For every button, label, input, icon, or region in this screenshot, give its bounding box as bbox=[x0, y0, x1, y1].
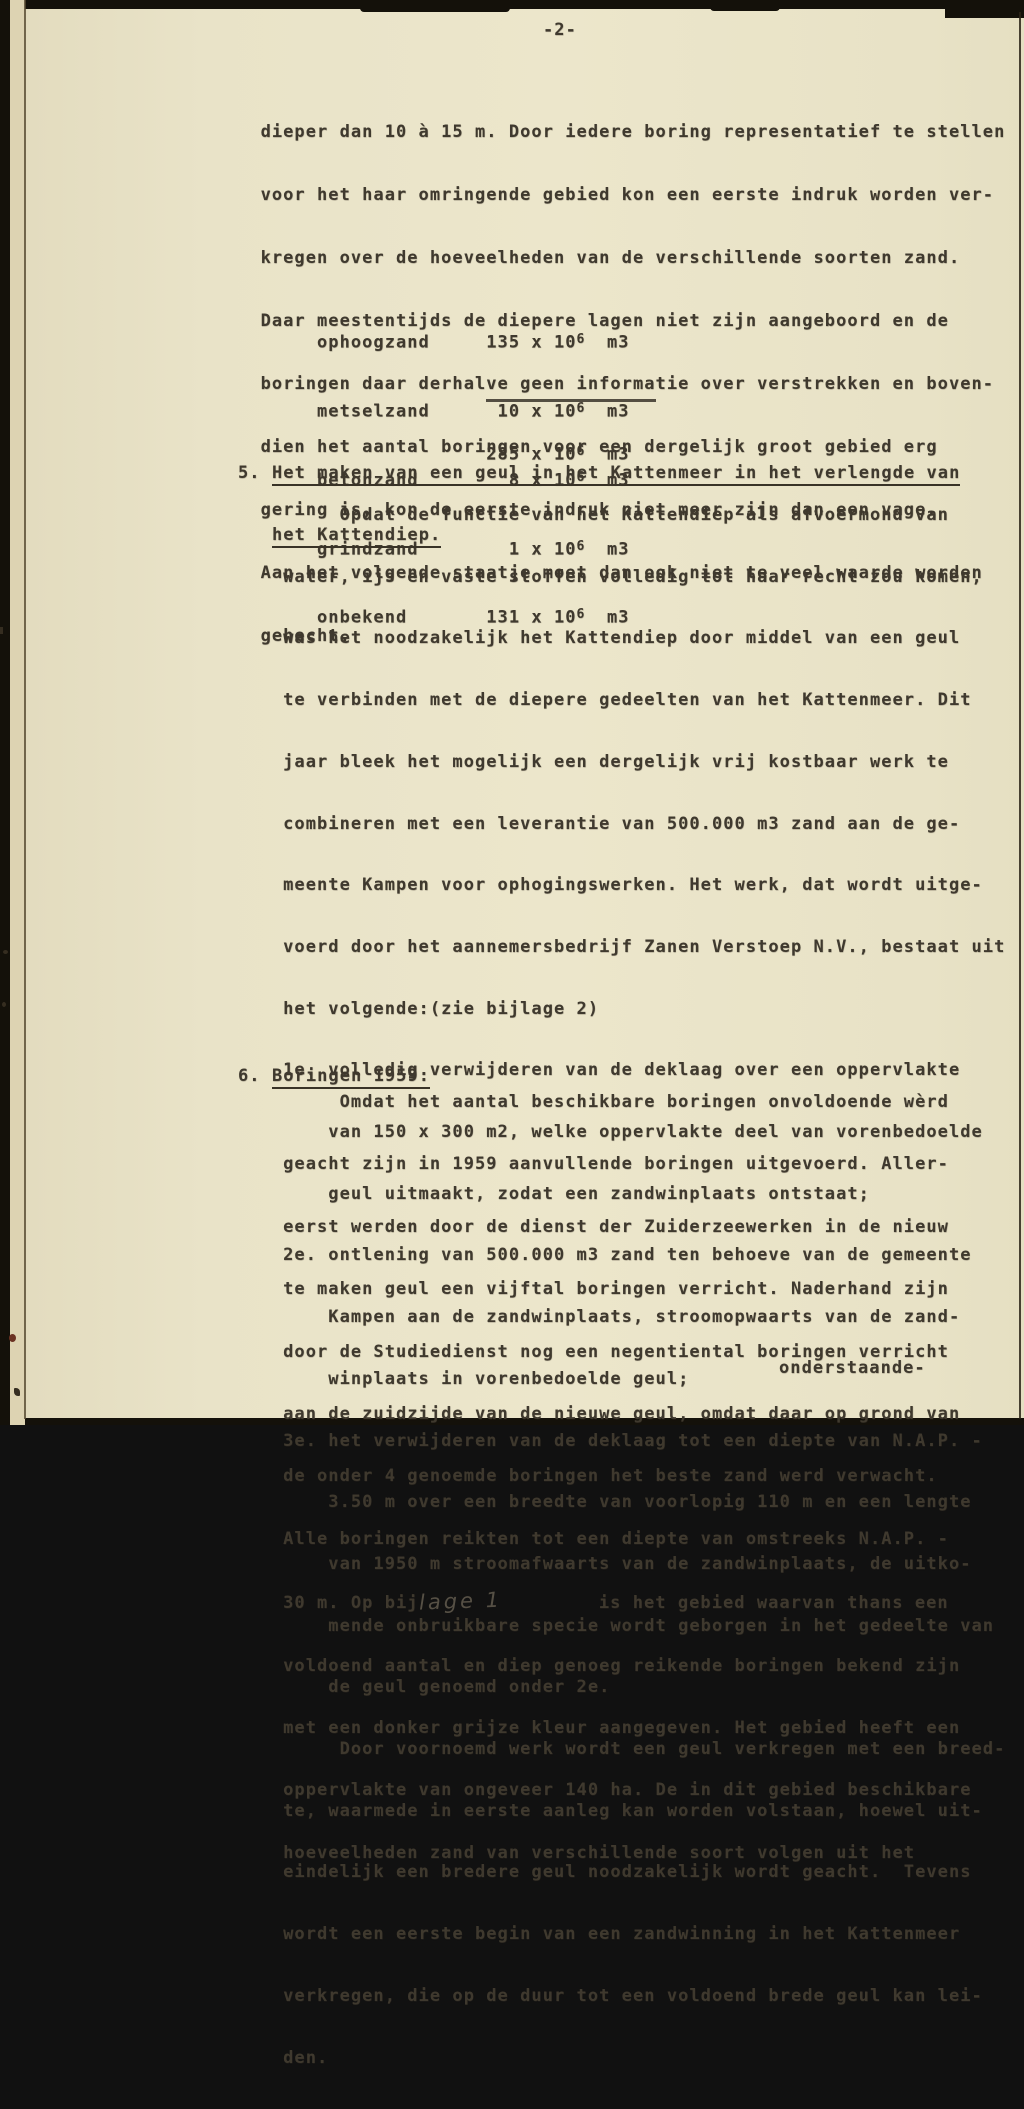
row-unit: m3 bbox=[584, 333, 629, 353]
text-line: het volgende:(zie bijlage 2) bbox=[238, 999, 1005, 1021]
exponent: 6 bbox=[577, 332, 585, 347]
scan-top-border bbox=[0, 0, 1024, 9]
text-line: geacht zijn in 1959 aanvullende boringen… bbox=[238, 1153, 972, 1175]
text-line: te verbinden met de diepere gedeelten va… bbox=[238, 690, 1005, 712]
ink-speck bbox=[2, 1002, 6, 1007]
page-edge-line bbox=[24, 0, 26, 1419]
text-line: meente Kampen voor ophogingswerken. Het … bbox=[238, 875, 1005, 897]
text-line: combineren met een leverantie van 500.00… bbox=[238, 814, 1005, 836]
text-line: kregen over de hoeveelheden van de versc… bbox=[238, 247, 1005, 270]
text-line: was het noodzakelijk het Kattendiep door… bbox=[238, 628, 1005, 650]
table-row: ophoogzand 135 x 106 m3 bbox=[238, 326, 630, 355]
text-line: dieper dan 10 à 15 m. Door iedere boring… bbox=[238, 121, 1005, 144]
ink-speck bbox=[9, 1334, 16, 1342]
text-line: water, ijs en vaste stoffen volledig tot… bbox=[238, 567, 1005, 589]
page-number: -2- bbox=[543, 20, 577, 40]
text-line: aan de zuidzijde van de nieuwe geul, omd… bbox=[238, 1403, 972, 1425]
text-line: voor het haar omringende gebied kon een … bbox=[238, 184, 1005, 207]
scan-top-right-border bbox=[945, 0, 1024, 18]
scan-left-border bbox=[0, 0, 10, 1425]
page-right-edge-line bbox=[1019, 12, 1021, 1419]
scan-top-border-blob bbox=[710, 0, 780, 11]
text-line: te maken geul een vijftal boringen verri… bbox=[238, 1278, 972, 1300]
continuation-word: onderstaande- bbox=[779, 1358, 926, 1378]
text-line: eerst werden door de dienst der Zuiderze… bbox=[238, 1216, 972, 1238]
ink-speck bbox=[0, 627, 3, 634]
page-edge-strip bbox=[10, 0, 25, 1425]
ink-speck bbox=[3, 950, 8, 954]
text-line: Omdat het aantal beschikbare boringen on… bbox=[238, 1091, 972, 1113]
text-line: jaar bleek het mogelijk een dergelijk vr… bbox=[238, 752, 1005, 774]
scan-top-border-blob bbox=[360, 0, 510, 12]
text-line: Opdat de functie van het Kattendiep als … bbox=[238, 505, 1005, 527]
row-label-and-value: ophoogzand 135 x 10 bbox=[238, 333, 577, 353]
ink-speck bbox=[14, 1388, 20, 1396]
text-line: voerd door het aannemersbedrijf Zanen Ve… bbox=[238, 937, 1005, 959]
scanned-document-page: -2- dieper dan 10 à 15 m. Door iedere bo… bbox=[0, 0, 1024, 1425]
